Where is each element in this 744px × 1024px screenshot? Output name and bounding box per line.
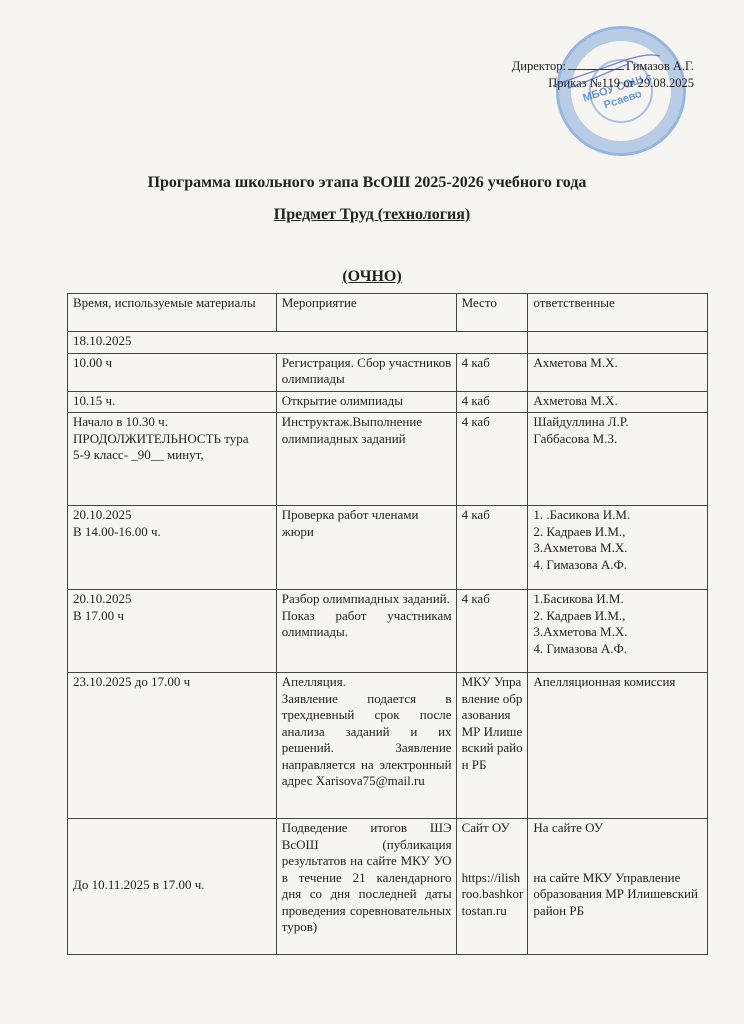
cell-time: 10.15 ч. [68,391,277,413]
subject-heading: Предмет Труд (технология) [0,206,744,224]
cell-event: Апелляция. Заявление подается в трехднев… [276,673,456,819]
cell-event: Инструктаж.Выполнение олимпиадных задани… [276,413,456,506]
cell-time: 23.10.2025 до 17.00 ч [68,673,277,819]
cell-time: 20.10.2025 В 14.00-16.00 ч. [68,506,277,590]
table-row: 20.10.2025 В 17.00 ч Разбор олимпиадных … [68,590,708,673]
header-place: Место [456,294,528,332]
director-signature [548,52,668,92]
cell-place: 4 каб [456,353,528,391]
cell-event: Подведение итогов ШЭ ВсОШ (публикация ре… [276,819,456,955]
table-header-row: Время, используемые материалы Мероприяти… [68,294,708,332]
header-event: Мероприятие [276,294,456,332]
cell-responsible: На сайте ОУ на сайте МКУ Управление обра… [528,819,708,955]
cell-place: 4 каб [456,391,528,413]
table-row: До 10.11.2025 в 17.00 ч. Подведение итог… [68,819,708,955]
cell-time: До 10.11.2025 в 17.00 ч. [68,819,277,955]
cell-place: МКУ Управление образования МР Илишевский… [456,673,528,819]
cell-place: 4 каб [456,590,528,673]
header-time: Время, используемые материалы [68,294,277,332]
program-table: Время, используемые материалы Мероприяти… [67,293,708,955]
header-responsible: ответственные [528,294,708,332]
date-row: 18.10.2025 [68,332,708,354]
table-row: Начало в 10.30 ч. ПРОДОЛЖИТЕЛЬНОСТЬ тура… [68,413,708,506]
document-title: Программа школьного этапа ВсОШ 2025-2026… [0,174,744,192]
cell-time: 20.10.2025 В 17.00 ч [68,590,277,673]
mode-heading: (ОЧНО) [0,268,744,286]
cell-responsible: Ахметова М.Х. [528,353,708,391]
table-row: 23.10.2025 до 17.00 ч Апелляция. Заявлен… [68,673,708,819]
table-row: 10.15 ч. Открытие олимпиады 4 каб Ахмето… [68,391,708,413]
cell-responsible: 1. .Басикова И.М. 2. Кадраев И.М., 3.Ахм… [528,506,708,590]
cell-responsible: 1.Басикова И.М. 2. Кадраев И.М., 3.Ахмет… [528,590,708,673]
cell-responsible: Ахметова М.Х. [528,391,708,413]
cell-time: Начало в 10.30 ч. ПРОДОЛЖИТЕЛЬНОСТЬ тура… [68,413,277,506]
cell-event: Проверка работ членами жюри [276,506,456,590]
cell-responsible: Апелляционная комиссия [528,673,708,819]
cell-place: 4 каб [456,506,528,590]
cell-place: 4 каб [456,413,528,506]
cell-place: Сайт ОУ https://ilishroo.bashkortostan.r… [456,819,528,955]
date-cell: 18.10.2025 [68,332,528,354]
cell-time: 10.00 ч [68,353,277,391]
cell-event: Регистрация. Сбор участников олимпиады [276,353,456,391]
cell-event: Открытие олимпиады [276,391,456,413]
date-row-empty [528,332,708,354]
table-row: 10.00 ч Регистрация. Сбор участников оли… [68,353,708,391]
document-title-text: Программа школьного этапа ВсОШ 2025-2026… [148,174,587,191]
cell-event: Разбор олимпиадных заданий. Показ работ … [276,590,456,673]
cell-responsible: Шайдуллина Л.Р. Габбасова М.З. [528,413,708,506]
table-row: 20.10.2025 В 14.00-16.00 ч. Проверка раб… [68,506,708,590]
